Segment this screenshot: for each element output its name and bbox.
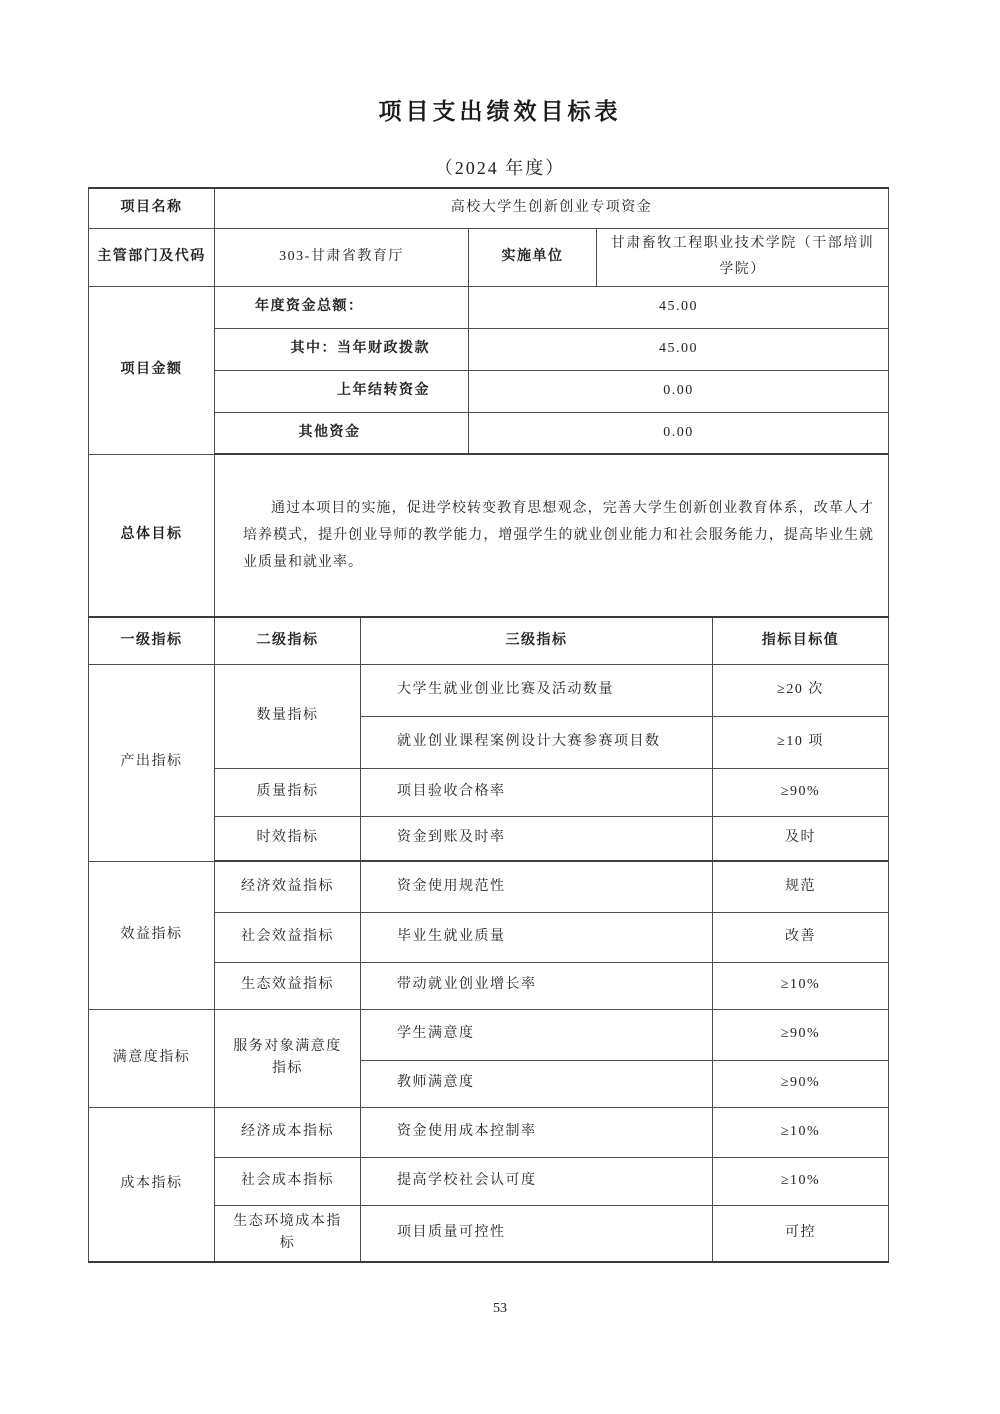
overall-goal-text: 通过本项目的实施，促进学校转变教育思想观念，完善大学生创新创业教育体系，改革人才… [243,495,874,577]
level3-indicator: 学生满意度 [361,1009,713,1060]
funding-value: 45.00 [469,328,889,370]
funding-label: 其中：当年财政拨款 [215,328,469,370]
table-row-overall-goal: 总体目标 通过本项目的实施，促进学校转变教育思想观念，完善大学生创新创业教育体系… [89,454,889,617]
target-value: 可控 [713,1205,889,1262]
project-info-table: 项目名称 高校大学生创新创业专项资金 主管部门及代码 303-甘肃省教育厅 实施… [88,187,889,618]
level2-eco-benefit: 生态效益指标 [215,962,361,1009]
level2-quantity: 数量指标 [215,664,361,768]
indicator-header-row: 一级指标 二级指标 三级指标 指标目标值 [89,618,889,664]
page-title: 项目支出绩效目标表 [0,0,1000,123]
target-value: ≥10% [713,962,889,1009]
level3-indicator: 资金到账及时率 [361,816,713,861]
table-row-funding: 项目金额 年度资金总额： 45.00 [89,286,889,328]
level2-economic-benefit: 经济效益指标 [215,861,361,912]
dept-value: 303-甘肃省教育厅 [215,228,469,286]
table-row: 满意度指标 服务对象满意度指标 学生满意度 ≥90% [89,1009,889,1060]
level1-cost: 成本指标 [89,1107,215,1262]
level3-indicator: 就业创业课程案例设计大赛参赛项目数 [361,716,713,768]
overall-goal-cell: 通过本项目的实施，促进学校转变教育思想观念，完善大学生创新创业教育体系，改革人才… [215,454,889,617]
document-page: 项目支出绩效目标表 （2024 年度） 项目名称 高校大学生创新创业专项资金 主… [0,0,1000,1414]
level2-service-satisfaction: 服务对象满意度指标 [215,1009,361,1107]
header-level2: 二级指标 [215,618,361,664]
level2-eco-env-cost: 生态环境成本指标 [215,1205,361,1262]
level2-economic-cost: 经济成本指标 [215,1107,361,1157]
dept-label: 主管部门及代码 [89,228,215,286]
level2-timeliness: 时效指标 [215,816,361,861]
level3-indicator: 项目质量可控性 [361,1205,713,1262]
target-value: 规范 [713,861,889,912]
project-name-value: 高校大学生创新创业专项资金 [215,188,889,228]
funding-value: 0.00 [469,370,889,412]
impl-unit-value: 甘肃畜牧工程职业技术学院（干部培训学院） [597,228,889,286]
page-number: 53 [0,1301,1000,1317]
target-value: 改善 [713,912,889,962]
funding-value: 0.00 [469,412,889,454]
level2-quality: 质量指标 [215,768,361,816]
table-row-department: 主管部门及代码 303-甘肃省教育厅 实施单位 甘肃畜牧工程职业技术学院（干部培… [89,228,889,286]
level3-indicator: 教师满意度 [361,1060,713,1107]
target-value: ≥10% [713,1157,889,1205]
target-value: ≥90% [713,1060,889,1107]
header-level3: 三级指标 [361,618,713,664]
level2-social-benefit: 社会效益指标 [215,912,361,962]
table-row: 成本指标 经济成本指标 资金使用成本控制率 ≥10% [89,1107,889,1157]
overall-goal-label: 总体目标 [89,454,215,617]
project-name-label: 项目名称 [89,188,215,228]
header-target: 指标目标值 [713,618,889,664]
level3-indicator: 毕业生就业质量 [361,912,713,962]
level2-social-cost: 社会成本指标 [215,1157,361,1205]
amount-label: 项目金额 [89,286,215,454]
tables-container: 项目名称 高校大学生创新创业专项资金 主管部门及代码 303-甘肃省教育厅 实施… [88,187,888,1263]
level3-indicator: 资金使用成本控制率 [361,1107,713,1157]
impl-unit-label: 实施单位 [469,228,597,286]
level1-benefit: 效益指标 [89,861,215,1009]
level1-output: 产出指标 [89,664,215,861]
level3-indicator: 带动就业创业增长率 [361,962,713,1009]
funding-label: 其他资金 [215,412,469,454]
level3-indicator: 提高学校社会认可度 [361,1157,713,1205]
funding-label: 年度资金总额： [215,286,469,328]
page-subtitle: （2024 年度） [0,159,1000,177]
level3-indicator: 大学生就业创业比赛及活动数量 [361,664,713,716]
level3-indicator: 项目验收合格率 [361,768,713,816]
target-value: ≥10% [713,1107,889,1157]
funding-label: 上年结转资金 [215,370,469,412]
target-value: ≥90% [713,1009,889,1060]
target-value: ≥20 次 [713,664,889,716]
funding-value: 45.00 [469,286,889,328]
header-level1: 一级指标 [89,618,215,664]
table-row: 产出指标 数量指标 大学生就业创业比赛及活动数量 ≥20 次 [89,664,889,716]
level1-satisfaction: 满意度指标 [89,1009,215,1107]
target-value: ≥10 项 [713,716,889,768]
table-row-project-name: 项目名称 高校大学生创新创业专项资金 [89,188,889,228]
target-value: ≥90% [713,768,889,816]
indicator-table: 一级指标 二级指标 三级指标 指标目标值 产出指标 数量指标 大学生就业创业比赛… [88,618,889,1263]
table-row: 效益指标 经济效益指标 资金使用规范性 规范 [89,861,889,912]
level3-indicator: 资金使用规范性 [361,861,713,912]
target-value: 及时 [713,816,889,861]
